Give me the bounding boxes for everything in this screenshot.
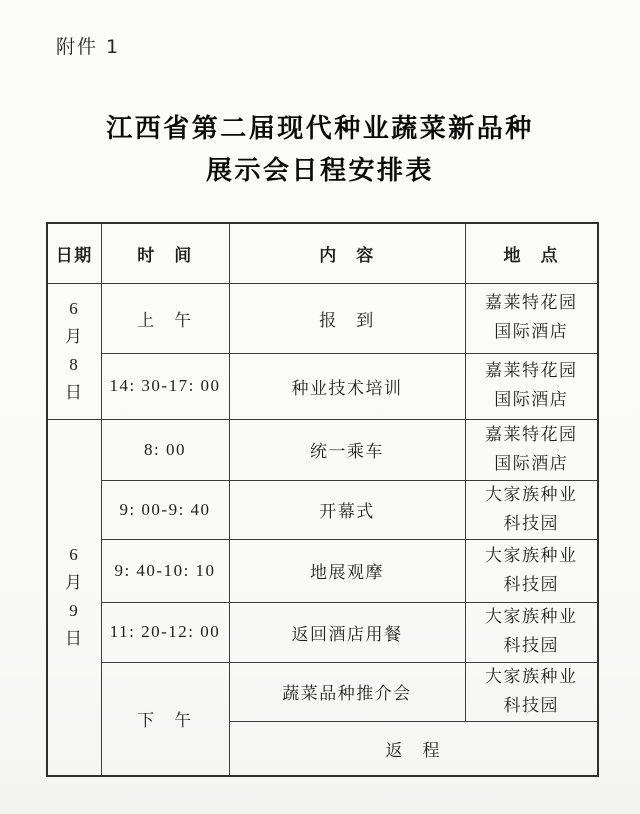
location-cell: 嘉莱特花园 国际酒店 bbox=[465, 283, 598, 353]
document-title: 江西省第二届现代种业蔬菜新品种展示会日程安排表 bbox=[0, 108, 640, 192]
table-row: 下 午 蔬菜品种推介会 大家族种业 科技园 bbox=[47, 662, 598, 721]
header-time: 时 间 bbox=[101, 223, 229, 283]
table-header-row: 日期 时 间 内 容 地 点 bbox=[47, 223, 598, 283]
header-location: 地 点 bbox=[465, 223, 598, 283]
table-row: 14: 30-17: 00 种业技术培训 嘉莱特花园 国际酒店 bbox=[47, 353, 598, 419]
time-cell: 9: 40-10: 10 bbox=[101, 539, 229, 602]
time-cell: 9: 00-9: 40 bbox=[101, 480, 229, 539]
location-cell: 大家族种业 科技园 bbox=[465, 480, 598, 539]
time-cell: 14: 30-17: 00 bbox=[101, 353, 229, 419]
table-row: 9: 40-10: 10 地展观摩 大家族种业 科技园 bbox=[47, 539, 598, 602]
date-cell-june-9: 6 月 9 日 bbox=[47, 419, 101, 776]
location-cell: 嘉莱特花园 国际酒店 bbox=[465, 353, 598, 419]
content-cell: 报 到 bbox=[229, 283, 465, 353]
location-cell: 大家族种业 科技园 bbox=[465, 539, 598, 602]
location-cell: 嘉莱特花园 国际酒店 bbox=[465, 419, 598, 480]
location-cell: 大家族种业 科技园 bbox=[465, 662, 598, 721]
attachment-label: 附件 1 bbox=[56, 32, 120, 59]
table-row: 6 月 9 日 8: 00 统一乘车 嘉莱特花园 国际酒店 bbox=[47, 419, 598, 480]
header-content: 内 容 bbox=[229, 223, 465, 283]
table-row: 9: 00-9: 40 开幕式 大家族种业 科技园 bbox=[47, 480, 598, 539]
content-cell: 返回酒店用餐 bbox=[229, 602, 465, 662]
content-cell: 地展观摩 bbox=[229, 539, 465, 602]
date-cell-june-8: 6 月 8 日 bbox=[47, 283, 101, 419]
header-date: 日期 bbox=[47, 223, 101, 283]
document-page: 附件 1 江西省第二届现代种业蔬菜新品种展示会日程安排表 日期 时 间 内 容 … bbox=[0, 0, 640, 814]
content-cell: 统一乘车 bbox=[229, 419, 465, 480]
content-cell-return-trip: 返 程 bbox=[229, 721, 598, 776]
title-line-1: 江西省第二届现代种业蔬菜新品种 bbox=[106, 114, 534, 144]
time-cell: 11: 20-12: 00 bbox=[101, 602, 229, 662]
time-cell-afternoon: 下 午 bbox=[101, 662, 229, 776]
schedule-table: 日期 时 间 内 容 地 点 6 月 8 日 上 午 报 到 嘉莱特花园 国际酒… bbox=[46, 222, 599, 777]
location-cell: 大家族种业 科技园 bbox=[465, 602, 598, 662]
content-cell: 蔬菜品种推介会 bbox=[229, 662, 465, 721]
table-row: 6 月 8 日 上 午 报 到 嘉莱特花园 国际酒店 bbox=[47, 283, 598, 353]
content-cell: 种业技术培训 bbox=[229, 353, 465, 419]
time-cell: 8: 00 bbox=[101, 419, 229, 480]
time-cell: 上 午 bbox=[101, 283, 229, 353]
table-row: 11: 20-12: 00 返回酒店用餐 大家族种业 科技园 bbox=[47, 602, 598, 662]
title-line-2: 展示会日程安排表 bbox=[206, 156, 434, 186]
content-cell: 开幕式 bbox=[229, 480, 465, 539]
